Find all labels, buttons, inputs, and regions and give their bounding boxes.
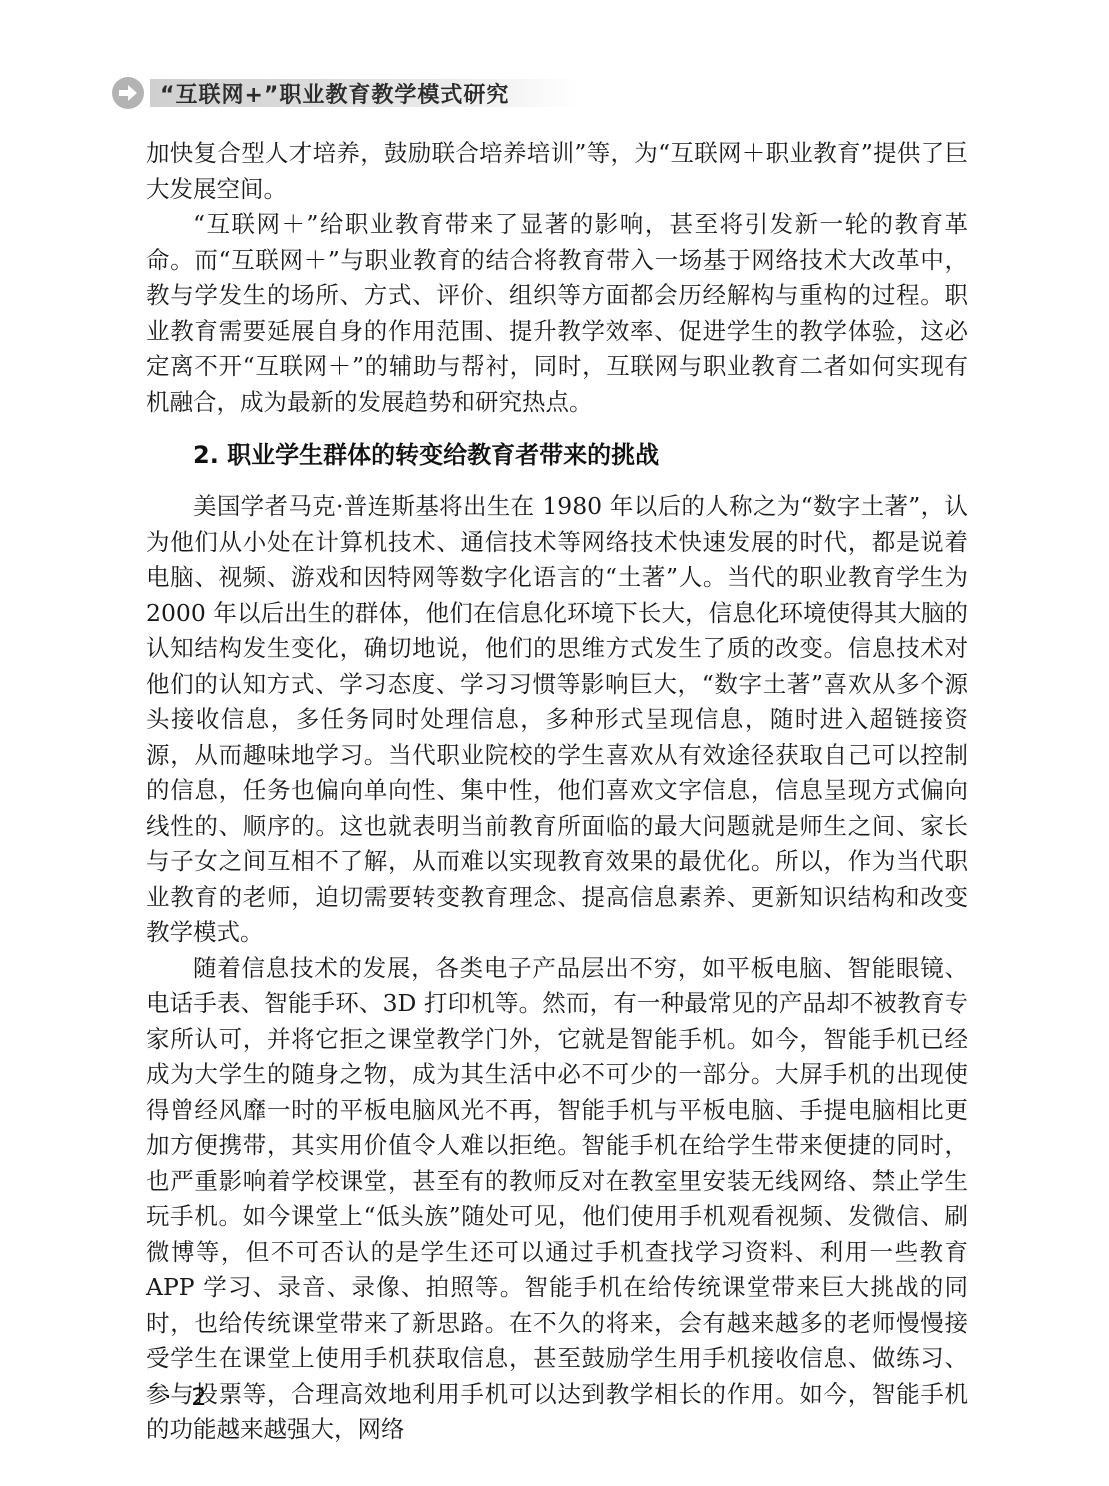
section-heading: 2. 职业学生群体的转变给教育者带来的挑战	[193, 437, 968, 473]
header-title-bar: “互联网+”职业教育教学模式研究	[150, 79, 580, 107]
paragraph-continuation: 加快复合型人才培养，鼓励联合培养培训”等，为“互联网＋职业教育”提供了巨大发展空…	[146, 136, 968, 207]
running-header: “互联网+”职业教育教学模式研究	[112, 76, 580, 110]
paragraph-smartphones: 随着信息技术的发展，各类电子产品层出不穷，如平板电脑、智能眼镜、电话手表、智能手…	[146, 951, 968, 1448]
page-body: 加快复合型人才培养，鼓励联合培养培训”等，为“互联网＋职业教育”提供了巨大发展空…	[146, 136, 968, 1448]
book-title: “互联网+”职业教育教学模式研究	[160, 78, 509, 109]
arrow-right-icon-glyph	[117, 82, 139, 104]
page-number: · 2 ·	[164, 1383, 240, 1411]
arrow-right-icon	[112, 77, 144, 109]
paragraph-internet-plus: “互联网＋”给职业教育带来了显著的影响，甚至将引发新一轮的教育革命。而“互联网＋…	[146, 207, 968, 420]
paragraph-digital-natives: 美国学者马克·普连斯基将出生在 1980 年以后的人称之为“数字土著”，认为他们…	[146, 489, 968, 951]
